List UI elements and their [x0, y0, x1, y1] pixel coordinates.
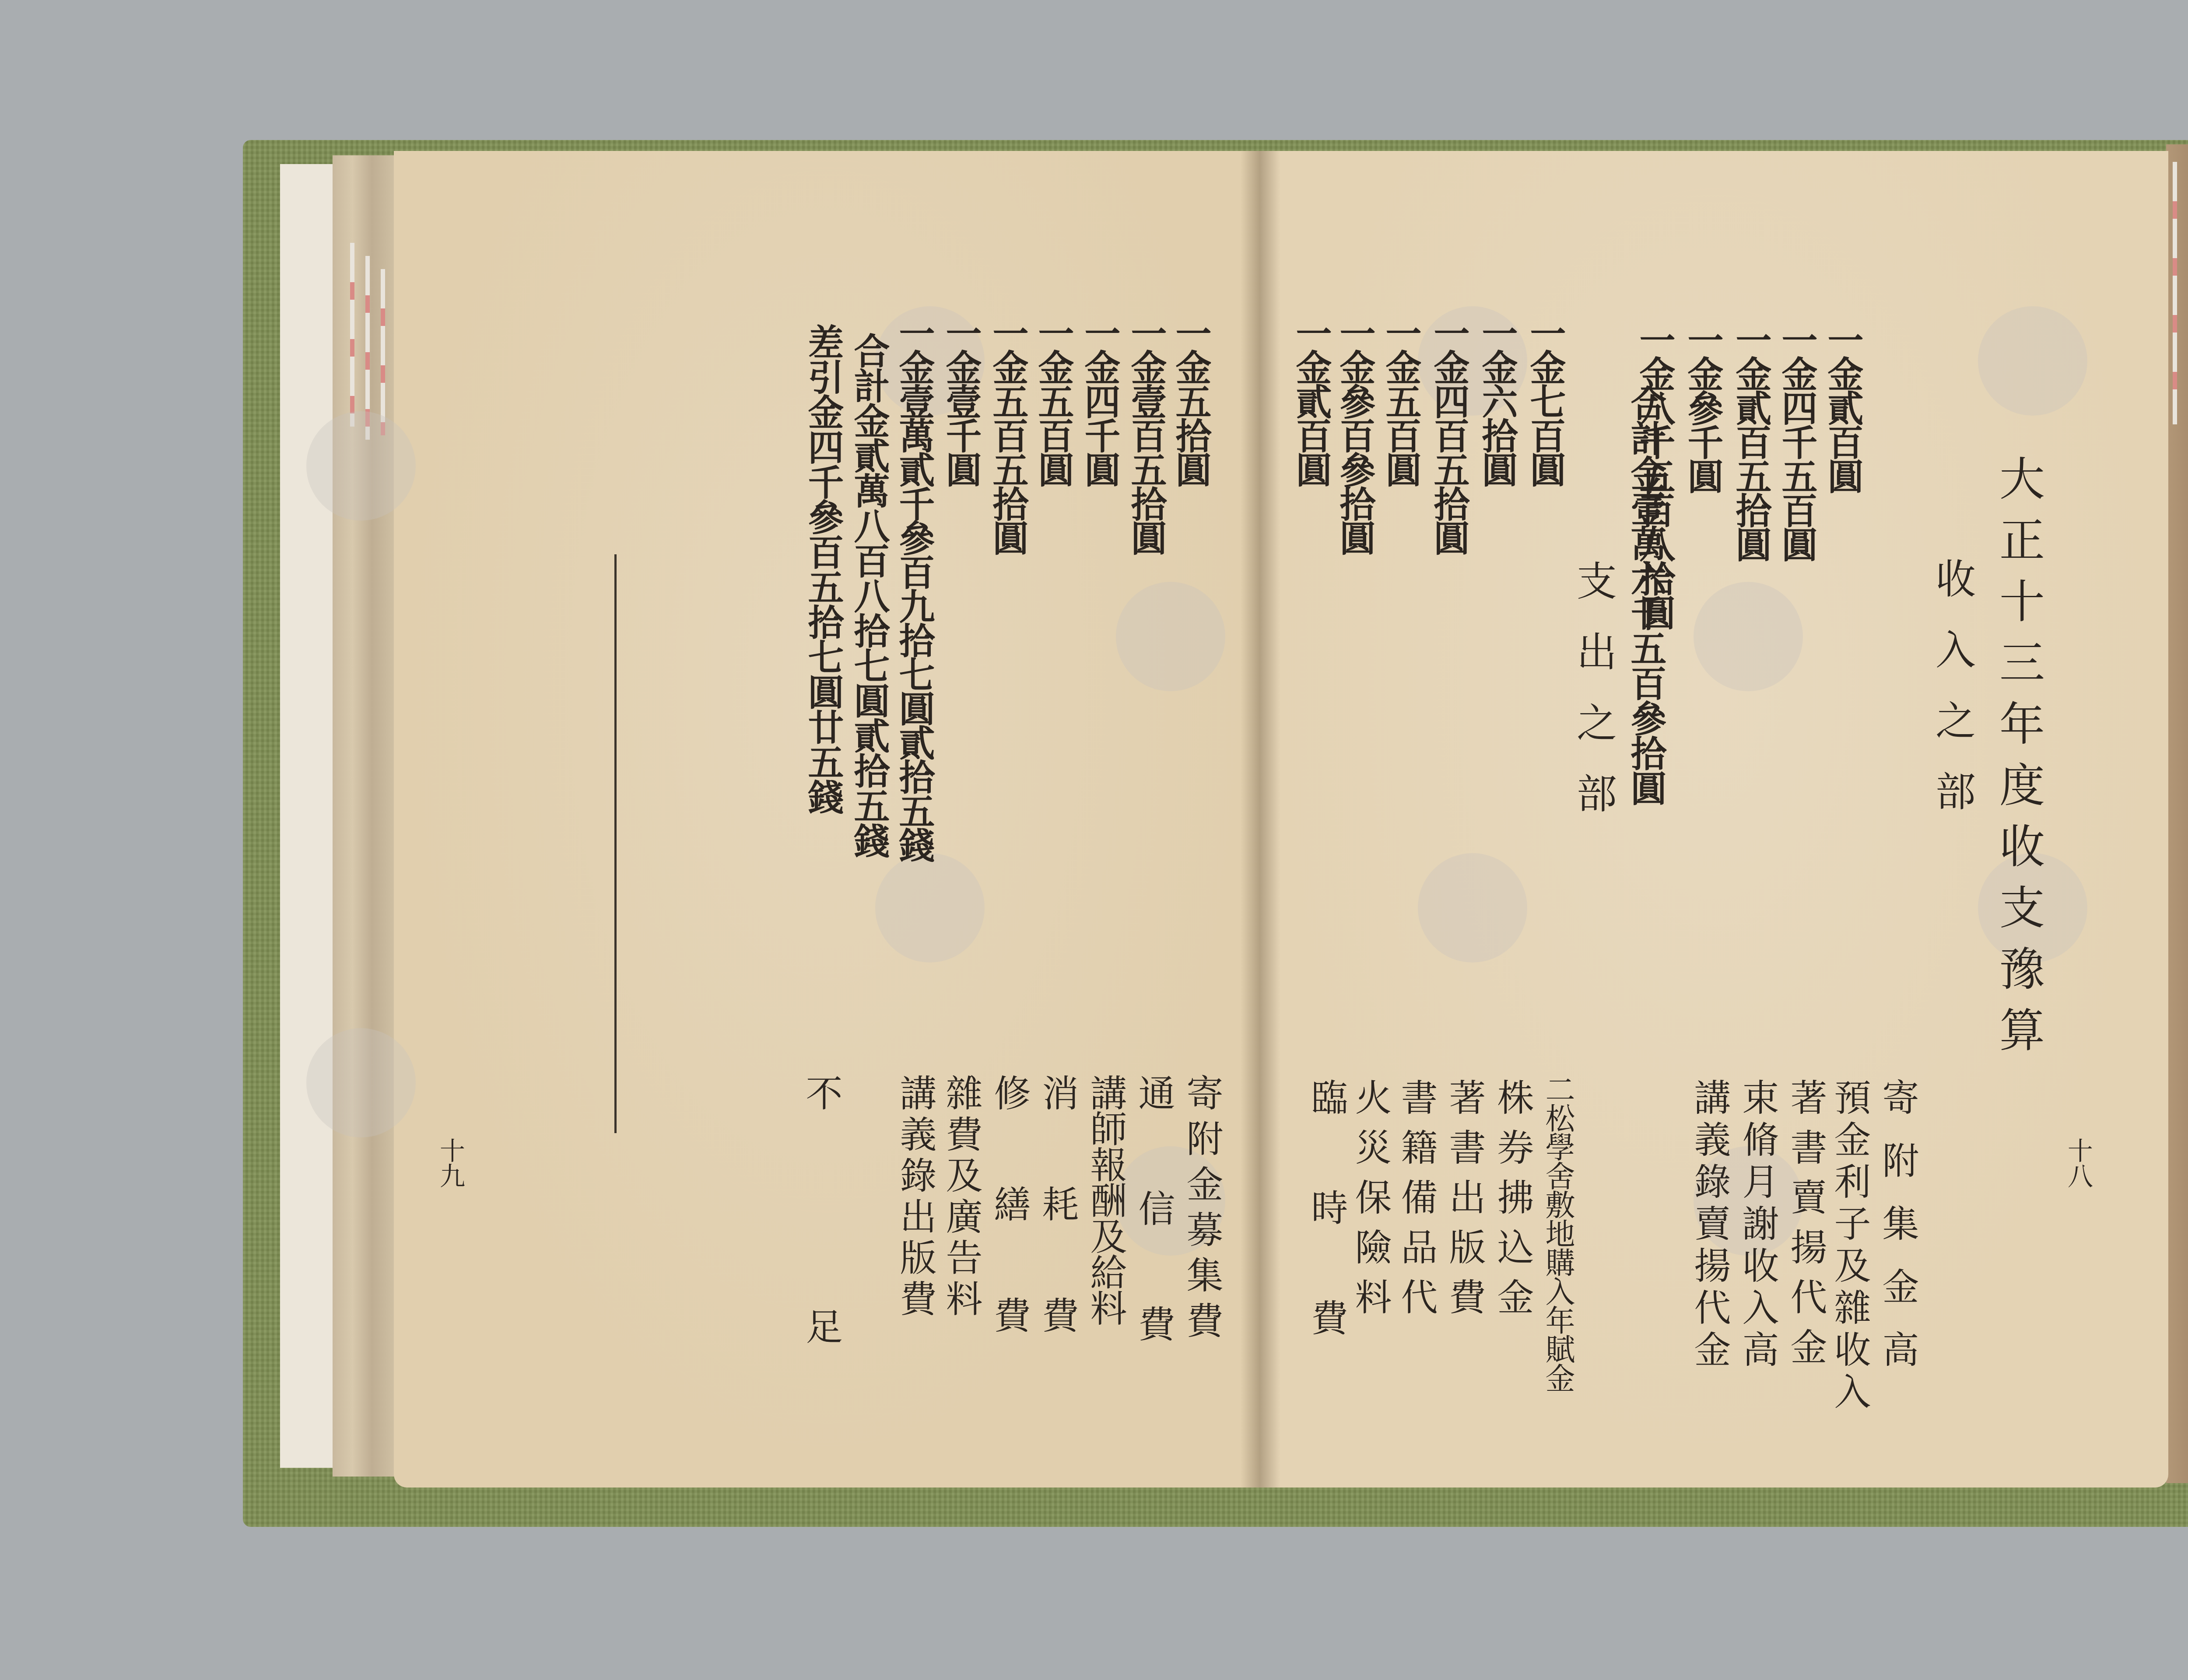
income-amount: 一金貳百五拾圓 — [1733, 322, 1769, 560]
watermark-logo — [875, 853, 985, 962]
income-label: 束脩月謝收入高 — [1739, 1078, 1776, 1372]
expense-label: 通信費 — [1136, 1074, 1172, 1421]
expense-label: 講師報酬及給料 — [1087, 1074, 1124, 1325]
income-label: 預金利子及雜收入 — [1831, 1078, 1868, 1414]
expense-label: 寄附金募集費 — [1184, 1074, 1220, 1347]
expense-amount: 一金五百圓 — [1383, 315, 1419, 486]
expense-amount: 一金五百圓 — [1035, 315, 1071, 486]
watermark-logo — [1116, 582, 1225, 691]
watermark-logo — [1418, 853, 1527, 962]
right-page-edges — [2166, 144, 2188, 1483]
watermark-logo — [306, 411, 416, 521]
income-amount: 一金四千五百圓 — [1779, 322, 1815, 560]
expense-label: 著書出版費 — [1446, 1078, 1483, 1328]
ledger-rule-line — [614, 554, 617, 1133]
expense-total: 合計金貳萬八百八拾七圓貳拾五錢 — [851, 332, 887, 857]
expense-amount: 一金五百五拾圓 — [990, 315, 1026, 554]
page-marker — [350, 243, 354, 427]
left-flyleaf — [280, 164, 333, 1468]
expense-amount: 一金六拾圓 — [1479, 315, 1515, 486]
expense-amount: 一金四千圓 — [1082, 315, 1118, 486]
page-marker — [381, 269, 385, 435]
watermark-logo — [306, 1028, 416, 1137]
page-number: 十八 — [2065, 1137, 2091, 1188]
balance-amount: 差引金四千參百五拾七圓廿五錢 — [805, 324, 841, 814]
expense-label: 講義錄出版費 — [897, 1074, 934, 1321]
expense-amount: 一金貳百圓 — [1293, 315, 1329, 486]
photo-background: 大正十三年度收支豫算 收入之部 一金貳百圓 一金四千五百圓 一金貳百五拾圓 一金… — [0, 0, 2188, 1680]
expense-amount: 一金壹萬貳千參百九拾七圓貳拾五錢 — [896, 315, 932, 861]
expense-amount: 一金參百參拾圓 — [1337, 315, 1373, 554]
income-section-heading: 收入之部 — [1932, 558, 1972, 841]
expense-section-heading: 支出之部 — [1573, 560, 1613, 843]
expense-label: 消耗費 — [1039, 1074, 1076, 1407]
document-title: 大正十三年度收支豫算 — [1995, 455, 2041, 1067]
book-gutter — [1241, 151, 1280, 1487]
income-label: 著書賣揚代金 — [1788, 1078, 1824, 1378]
expense-label: 二松學舍敷地購入年賦金 — [1543, 1074, 1572, 1392]
expense-amount: 一金七百圓 — [1527, 315, 1563, 486]
balance-label: 不足 — [803, 1074, 840, 1541]
income-total: 合計金壹萬六千五百參拾圓 — [1628, 385, 1664, 805]
expense-amount: 一金四百五拾圓 — [1431, 315, 1467, 554]
page-marker — [2173, 162, 2177, 424]
watermark-logo — [1694, 582, 1803, 691]
expense-label: 株券拂込金 — [1494, 1078, 1531, 1328]
income-label: 寄附集金高 — [1879, 1078, 1916, 1393]
expense-amount: 一金壹百五拾圓 — [1128, 315, 1164, 554]
watermark-logo — [1978, 306, 2087, 416]
expense-label: 雜費及廣告料 — [943, 1074, 980, 1321]
expense-amount: 一金壹千圓 — [943, 315, 979, 486]
expense-label: 臨時費 — [1308, 1078, 1345, 1409]
expense-label: 火災保險料 — [1352, 1078, 1389, 1328]
income-amount: 一金參千圓 — [1685, 322, 1721, 492]
page-number: 十九 — [438, 1137, 463, 1188]
expense-label: 書籍備品代 — [1398, 1078, 1435, 1328]
expense-amount: 一金五拾圓 — [1173, 315, 1209, 486]
income-label: 講義錄賣揚代金 — [1691, 1078, 1728, 1372]
income-amount: 一金貳百圓 — [1825, 322, 1861, 492]
expense-label: 修繕費 — [991, 1074, 1028, 1407]
left-page-edges — [333, 155, 398, 1477]
